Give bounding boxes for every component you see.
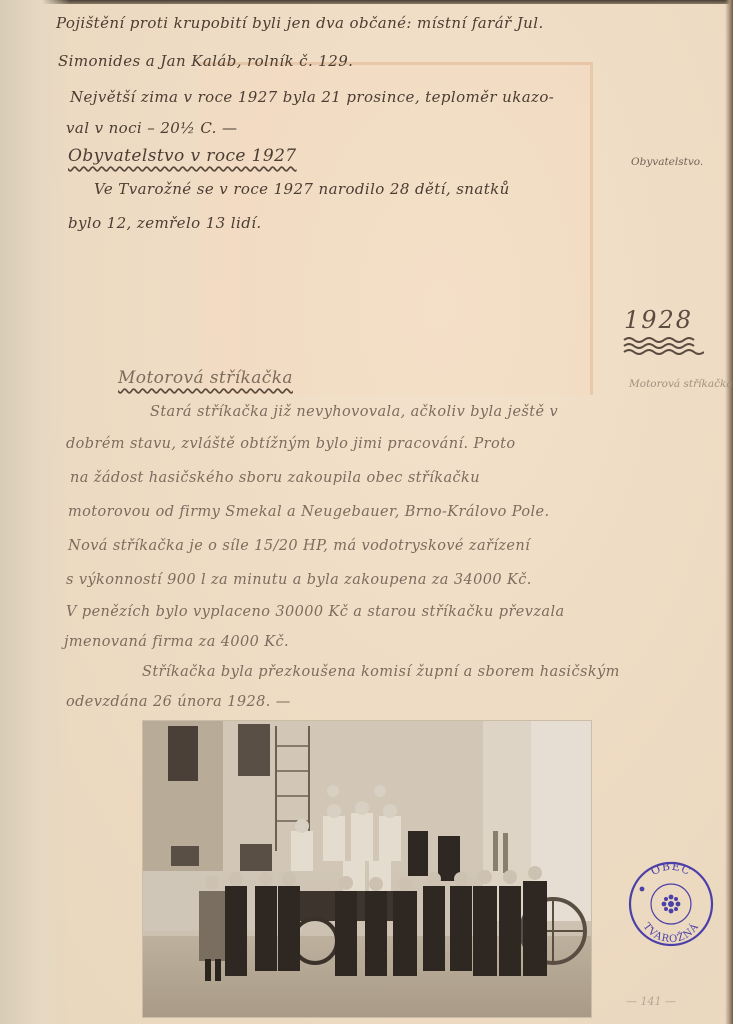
margin-note-population: Obyvatelstvo. bbox=[631, 156, 703, 168]
text-line: odevzdána 26 února 1928. — bbox=[66, 694, 291, 710]
text-line: Nová stříkačka je o síle 15/20 HP, má vo… bbox=[68, 538, 530, 554]
text-line: Simonides a Jan Kaláb, rolník č. 129. bbox=[58, 52, 353, 70]
year-marker: 1928 bbox=[624, 306, 693, 334]
margin-note-pump: Motorová stříkačka bbox=[629, 378, 733, 390]
text-line: s výkonností 900 l za minutu a byla zako… bbox=[66, 572, 532, 588]
section-heading-pump: Motorová stříkačka bbox=[118, 368, 293, 388]
photo-scene bbox=[143, 721, 591, 1017]
municipal-stamp-icon: OBEC TVAROŽNÁ bbox=[627, 860, 715, 948]
text-line: Pojištění proti krupobití byli jen dva o… bbox=[56, 14, 544, 32]
text-line: dobrém stavu, zvláště obtížným bylo jimi… bbox=[66, 436, 516, 452]
text-line: Stará stříkačka již nevyhovovala, ačkoli… bbox=[150, 404, 558, 420]
text-line: V penězích bylo vyplaceno 30000 Kč a sta… bbox=[66, 604, 565, 620]
text-line: bylo 12, zemřelo 13 lidí. bbox=[68, 214, 262, 232]
text-line: Stříkačka byla přezkoušena komisí župní … bbox=[142, 664, 620, 680]
page-number: — 141 — bbox=[626, 995, 676, 1008]
text-line: na žádost hasičského sboru zakoupila obe… bbox=[70, 470, 480, 486]
chronicle-page: Pojištění proti krupobití byli jen dva o… bbox=[0, 0, 733, 1024]
group-photograph bbox=[143, 721, 591, 1017]
text-line: Největší zima v roce 1927 byla 21 prosin… bbox=[70, 88, 554, 106]
binding-shadow bbox=[0, 0, 70, 1024]
text-line: Ve Tvarožné se v roce 1927 narodilo 28 d… bbox=[94, 180, 510, 198]
page-top-edge bbox=[0, 0, 733, 4]
flower-emblem-icon bbox=[662, 895, 681, 914]
text-line: val v noci – 20½ C. — bbox=[66, 119, 237, 137]
page-right-edge bbox=[725, 0, 733, 1024]
wavy-underline-icon bbox=[622, 336, 704, 356]
text-line: motorovou od firmy Smekal a Neugebauer, … bbox=[68, 504, 550, 520]
section-heading-population: Obyvatelstvo v roce 1927 bbox=[68, 146, 297, 166]
text-line: jmenovaná firma za 4000 Kč. bbox=[64, 634, 289, 650]
